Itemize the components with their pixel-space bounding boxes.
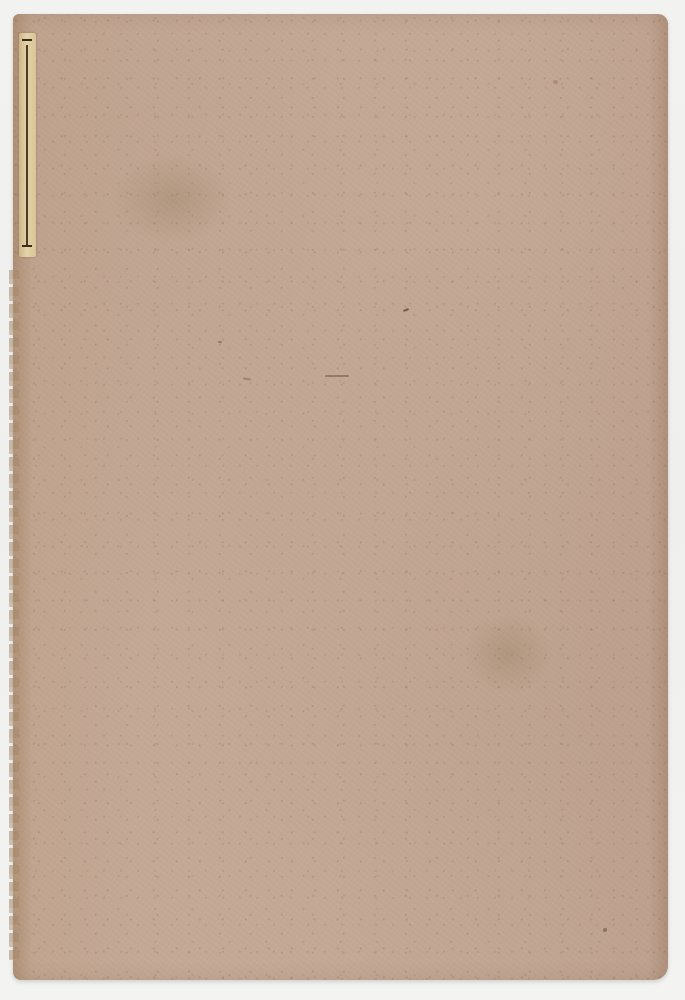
paper-fleck — [325, 375, 349, 377]
paper-fleck — [403, 308, 409, 312]
paper-fleck — [243, 377, 251, 380]
paper-fleck — [553, 80, 558, 84]
stitch-mark — [22, 39, 32, 41]
booklet-cover — [13, 14, 668, 980]
paper-stain — [463, 614, 553, 694]
frayed-spine-edge — [9, 270, 19, 960]
spine-binding-strip — [19, 33, 36, 257]
paper-fleck — [218, 341, 222, 343]
paper-stain — [113, 154, 233, 244]
paper-fleck — [603, 928, 607, 932]
binding-thread — [26, 45, 28, 245]
stitch-mark — [22, 245, 32, 247]
